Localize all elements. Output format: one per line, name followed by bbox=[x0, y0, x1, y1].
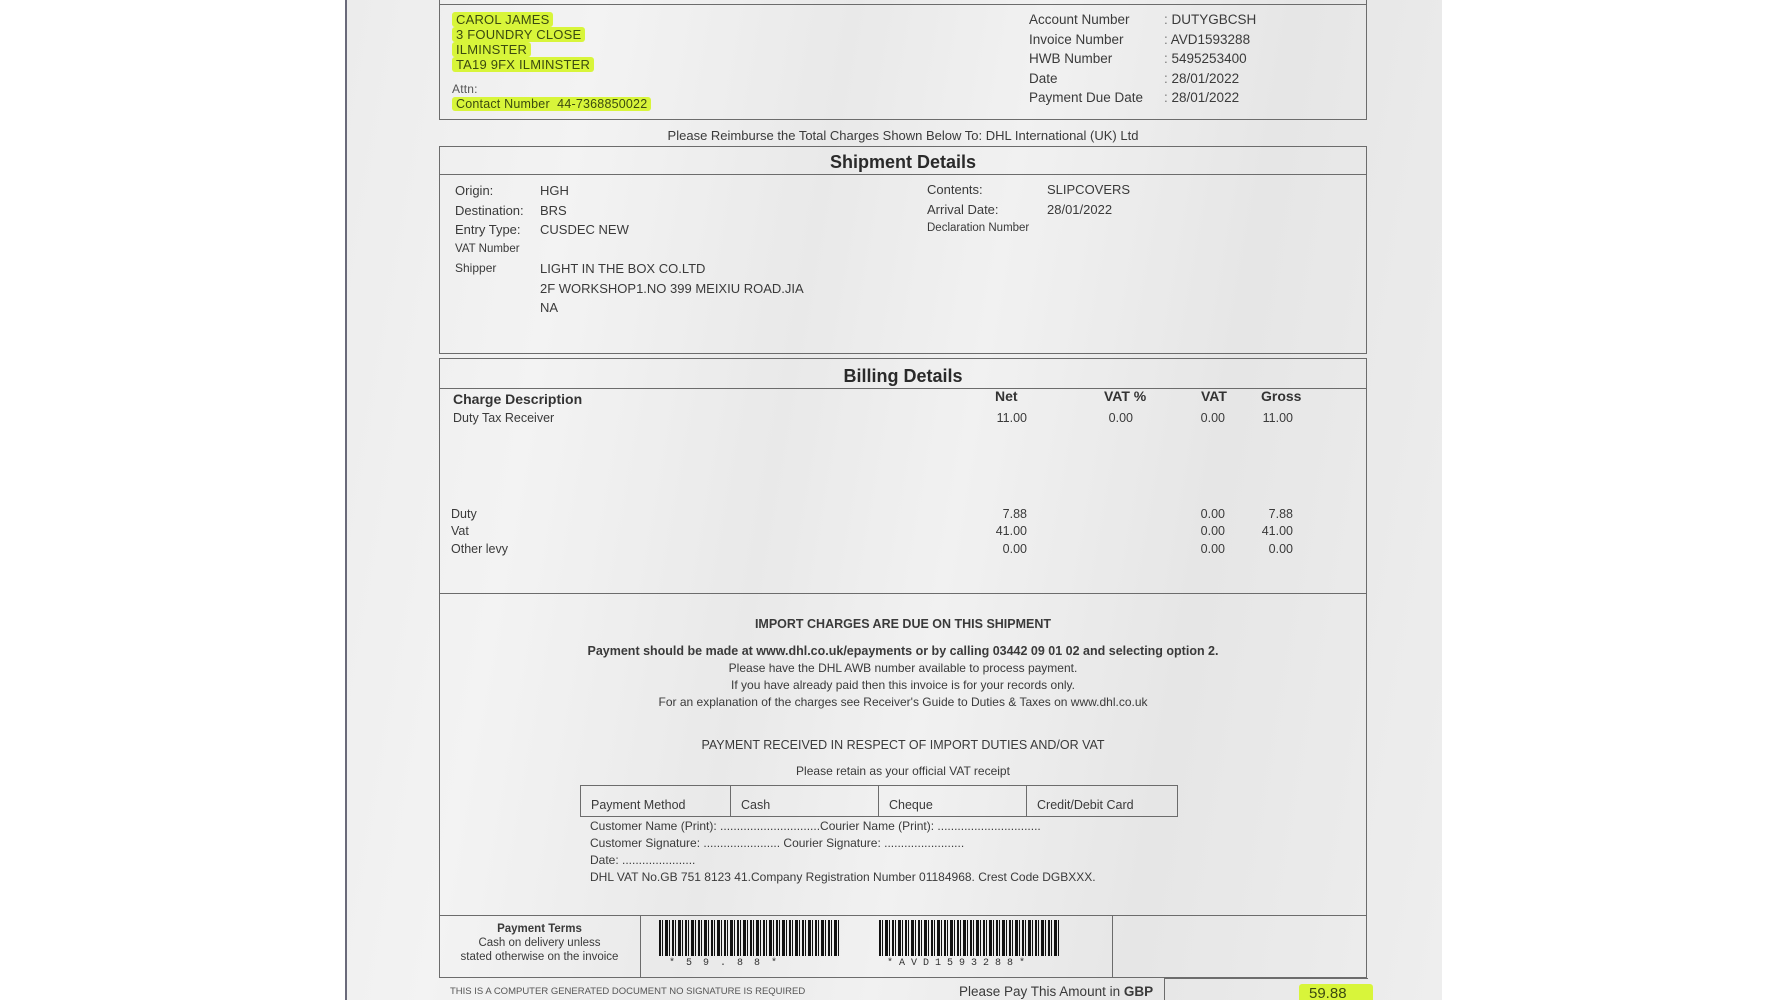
charge-net: 41.00 bbox=[967, 524, 1027, 538]
company-info: DHL VAT No.GB 751 8123 41.Company Regist… bbox=[590, 869, 1096, 886]
explanation-note: For an explanation of the charges see Re… bbox=[439, 695, 1367, 709]
currency: GBP bbox=[1124, 984, 1153, 999]
shipper-line2: 2F WORKSHOP1.NO 399 MEIXIU ROAD.JIA bbox=[540, 279, 804, 299]
courier-signature-field[interactable]: Courier Signature: .....................… bbox=[783, 836, 964, 850]
col-vat: VAT bbox=[1201, 388, 1227, 404]
amount-barcode bbox=[659, 920, 839, 956]
payment-received-heading: PAYMENT RECEIVED IN RESPECT OF IMPORT DU… bbox=[439, 738, 1367, 752]
invoice-barcode bbox=[879, 920, 1059, 956]
payment-terms-title: Payment Terms bbox=[439, 922, 640, 936]
charge-gross: 0.00 bbox=[1233, 542, 1293, 556]
charge-description: Other levy bbox=[451, 542, 751, 556]
meta-payment-due-date: Payment Due Date28/01/2022 bbox=[1029, 88, 1256, 108]
pay-amount-label: Please Pay This Amount in GBP bbox=[959, 984, 1153, 999]
col-vat-pct: VAT % bbox=[1104, 388, 1146, 404]
invoice-barcode-label: *AVD1593288* bbox=[887, 958, 1031, 969]
meta-label: Payment Due Date bbox=[1029, 88, 1164, 108]
recipient-address-line1: 3 FOUNDRY CLOSE bbox=[452, 27, 585, 42]
charge-net: 0.00 bbox=[967, 542, 1027, 556]
payment-method-card[interactable]: Credit/Debit Card bbox=[1027, 786, 1177, 816]
destination-label: Destination: bbox=[455, 201, 540, 221]
payment-method-cash[interactable]: Cash bbox=[731, 786, 879, 816]
awb-note: Please have the DHL AWB number available… bbox=[439, 661, 1367, 675]
payment-terms-line1: Cash on delivery unless bbox=[439, 936, 640, 950]
col-net: Net bbox=[995, 388, 1018, 404]
charge-gross: 41.00 bbox=[1233, 524, 1293, 538]
shipper-line3: NA bbox=[540, 298, 804, 318]
customer-signature-field[interactable]: Customer Signature: ....................… bbox=[590, 836, 780, 850]
charge-description: Duty Tax Receiver bbox=[453, 411, 753, 425]
charge-description: Vat bbox=[451, 524, 751, 538]
contents-label: Contents: bbox=[927, 180, 1047, 200]
meta-account-number: Account NumberDUTYGBCSH bbox=[1029, 10, 1256, 30]
declaration-number-label: Declaration Number bbox=[927, 219, 1047, 239]
meta-label: Invoice Number bbox=[1029, 30, 1164, 50]
charge-gross: 7.88 bbox=[1233, 507, 1293, 521]
retain-receipt-note: Please retain as your official VAT recei… bbox=[439, 764, 1367, 778]
courier-name-field[interactable]: Courier Name (Print): ..................… bbox=[820, 819, 1041, 833]
recipient-address: CAROL JAMES 3 FOUNDRY CLOSE ILMINSTER TA… bbox=[452, 12, 651, 112]
payment-terms: Payment Terms Cash on delivery unless st… bbox=[439, 922, 640, 964]
invoice-meta: Account NumberDUTYGBCSH Invoice NumberAV… bbox=[1029, 10, 1256, 108]
payment-instructions: Payment should be made at www.dhl.co.uk/… bbox=[439, 644, 1367, 658]
signature-block: Customer Name (Print): .................… bbox=[590, 818, 1096, 886]
meta-hwb-number: HWB Number5495253400 bbox=[1029, 49, 1256, 69]
shipment-left-fields: Origin:HGH Destination:BRS Entry Type:CU… bbox=[455, 181, 804, 318]
meta-label: Date bbox=[1029, 69, 1164, 89]
contact-label: Contact Number bbox=[456, 97, 550, 111]
charge-vat: 0.00 bbox=[1165, 542, 1225, 556]
computer-generated-note: THIS IS A COMPUTER GENERATED DOCUMENT NO… bbox=[450, 986, 805, 997]
reimburse-notice: Please Reimburse the Total Charges Shown… bbox=[439, 128, 1367, 143]
shipment-details-title: Shipment Details bbox=[439, 152, 1367, 173]
arrival-date-value: 28/01/2022 bbox=[1047, 200, 1112, 220]
col-gross: Gross bbox=[1261, 388, 1301, 404]
recipient-address-line2: ILMINSTER bbox=[452, 42, 531, 57]
meta-value: 28/01/2022 bbox=[1164, 88, 1239, 108]
customer-name-field[interactable]: Customer Name (Print): .................… bbox=[590, 819, 820, 833]
entry-type-label: Entry Type: bbox=[455, 220, 540, 240]
payment-method-label: Payment Method bbox=[581, 786, 731, 816]
contents-value: SLIPCOVERS bbox=[1047, 180, 1130, 200]
charge-vat-pct: 0.00 bbox=[1073, 411, 1133, 425]
meta-label: HWB Number bbox=[1029, 49, 1164, 69]
recipient-address-line3: TA19 9FX ILMINSTER bbox=[452, 57, 594, 72]
recipient-name: CAROL JAMES bbox=[452, 12, 553, 27]
col-charge-description: Charge Description bbox=[453, 391, 582, 407]
already-paid-note: If you have already paid then this invoi… bbox=[439, 678, 1367, 692]
payment-method-table: Payment Method Cash Cheque Credit/Debit … bbox=[580, 785, 1178, 817]
vat-number-label: VAT Number bbox=[455, 240, 540, 260]
entry-type-value: CUSDEC NEW bbox=[540, 220, 629, 240]
charge-vat: 0.00 bbox=[1165, 507, 1225, 521]
shipper-label: Shipper bbox=[455, 259, 540, 318]
origin-value: HGH bbox=[540, 181, 569, 201]
contact-number: Contact Number 44-7368850022 bbox=[452, 97, 651, 111]
shipper-value: LIGHT IN THE BOX CO.LTD 2F WORKSHOP1.NO … bbox=[540, 259, 804, 318]
meta-value: 28/01/2022 bbox=[1164, 69, 1239, 89]
destination-value: BRS bbox=[540, 201, 567, 221]
invoice-paper: CAROL JAMES 3 FOUNDRY CLOSE ILMINSTER TA… bbox=[345, 0, 1442, 1000]
charge-gross: 11.00 bbox=[1233, 411, 1293, 425]
charge-description: Duty bbox=[451, 507, 751, 521]
meta-label: Account Number bbox=[1029, 10, 1164, 30]
charge-net: 11.00 bbox=[967, 411, 1027, 425]
shipper-line1: LIGHT IN THE BOX CO.LTD bbox=[540, 259, 804, 279]
payment-terms-line2: stated otherwise on the invoice bbox=[439, 950, 640, 964]
origin-label: Origin: bbox=[455, 181, 540, 201]
charge-net: 7.88 bbox=[967, 507, 1027, 521]
charge-vat: 0.00 bbox=[1165, 411, 1225, 425]
signature-date-field[interactable]: Date: ...................... bbox=[590, 852, 1096, 869]
payment-method-cheque[interactable]: Cheque bbox=[879, 786, 1027, 816]
meta-value: 5495253400 bbox=[1164, 49, 1247, 69]
import-due-notice: IMPORT CHARGES ARE DUE ON THIS SHIPMENT bbox=[439, 617, 1367, 631]
contact-value: 44-7368850022 bbox=[557, 97, 647, 111]
pay-label-text: Please Pay This Amount in bbox=[959, 984, 1120, 999]
billing-details-title: Billing Details bbox=[439, 366, 1367, 387]
meta-value: DUTYGBCSH bbox=[1164, 10, 1256, 30]
meta-invoice-number: Invoice NumberAVD1593288 bbox=[1029, 30, 1256, 50]
charge-vat: 0.00 bbox=[1165, 524, 1225, 538]
meta-value: AVD1593288 bbox=[1164, 30, 1250, 50]
amount-barcode-label: *59.88* bbox=[669, 958, 788, 969]
pay-amount-value: 59.88 bbox=[1299, 984, 1373, 1000]
attn-label: Attn: bbox=[452, 82, 651, 97]
meta-date: Date28/01/2022 bbox=[1029, 69, 1256, 89]
arrival-date-label: Arrival Date: bbox=[927, 200, 1047, 220]
shipment-right-fields: Contents:SLIPCOVERS Arrival Date:28/01/2… bbox=[927, 180, 1130, 239]
